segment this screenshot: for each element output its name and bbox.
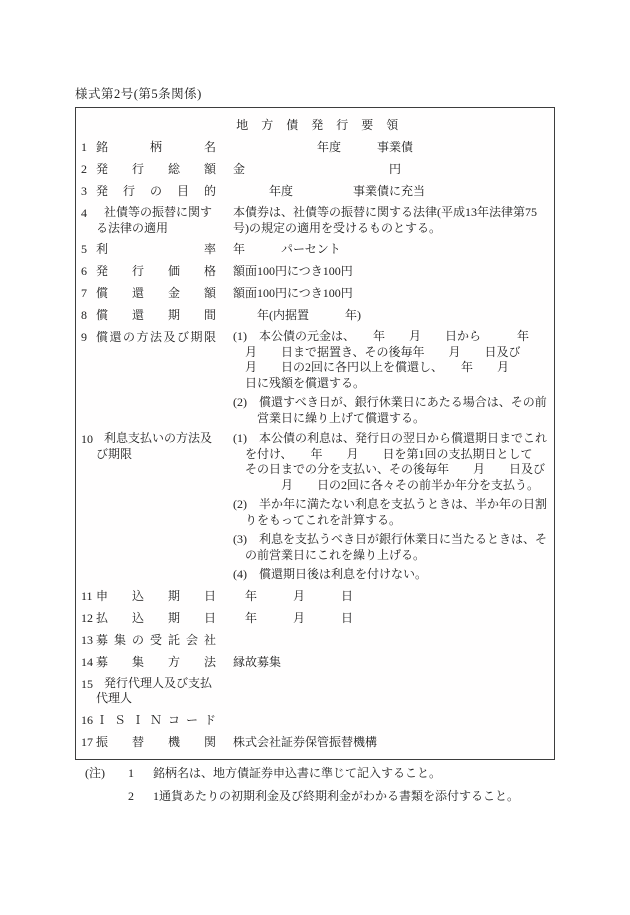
row-number: 4 <box>81 205 96 222</box>
document-title: 地 方 債 発 行 要 領 <box>81 117 554 134</box>
row-number: 15 <box>81 676 96 693</box>
row-label: 償還の方法及び期限 <box>96 329 216 346</box>
row-label: ＩＳＩＮコード <box>96 712 216 729</box>
paragraph-4: (4) 償還期日後は利息を付けない。 <box>233 567 549 583</box>
row-label: 償還金額 <box>96 285 216 302</box>
note-text: 1通貨あたりの初期利金及び終期利金がわかる書類を添付すること。 <box>153 788 519 805</box>
row-value: 年度 事業債に充当 <box>233 183 549 200</box>
paragraph-2: (2) 償還すべき日が、銀行休業日にあたる場合は、その前 営業日に繰り上げて償還… <box>233 395 549 426</box>
row-payment-date: 12 払込期日 年 月 日 <box>81 610 554 627</box>
row-number: 10 <box>81 431 96 448</box>
row-value-paragraphs: (1) 本公債の元金は、 年 月 日から 年 月 日まで据置き、その後毎年 月 … <box>233 329 549 426</box>
row-interest-payment: 10 利息支払いの方法及 び期限 (1) 本公債の利息は、発行日の翌日から償還期… <box>81 431 554 583</box>
row-label: 発行総額 <box>96 161 216 178</box>
footnote-2: 2 1通貨あたりの初期利金及び終期利金がわかる書類を添付すること。 <box>85 788 555 805</box>
paragraph-1: (1) 本公債の利息は、発行日の翌日から償還期日までこれ を付け、 年 月 日を… <box>233 431 549 493</box>
paragraph-1: (1) 本公債の元金は、 年 月 日から 年 月 日まで据置き、その後毎年 月 … <box>233 329 549 391</box>
row-interest-rate: 5 利率 年 パーセント <box>81 241 554 258</box>
row-label: 利息支払いの方法及 び期限 <box>96 431 216 462</box>
row-number: 13 <box>81 632 96 649</box>
row-value: 本債券は、社債等の振替に関する法律(平成13年法律第75 号)の規定の適用を受け… <box>233 205 549 236</box>
row-redemption-method: 9 償還の方法及び期限 (1) 本公債の元金は、 年 月 日から 年 月 日まで… <box>81 329 554 426</box>
row-label: 社債等の振替に関す る法律の適用 <box>96 205 216 236</box>
footnote-1: (注) 1 銘柄名は、地方債証券申込書に準じて記入すること。 <box>85 765 555 782</box>
note-marker-spacer <box>85 788 128 805</box>
row-redemption-amount: 7 償還金額 額面100円につき100円 <box>81 285 554 302</box>
row-value: 額面100円につき100円 <box>233 263 549 280</box>
row-issue-purpose: 3 発行の目的 年度 事業債に充当 <box>81 183 554 200</box>
row-label: 償還期間 <box>96 307 216 324</box>
note-text: 銘柄名は、地方債証券申込書に準じて記入すること。 <box>153 765 441 782</box>
row-number: 5 <box>81 241 96 258</box>
row-label: 募集方法 <box>96 654 216 671</box>
row-value: 年 パーセント <box>233 241 549 258</box>
row-value: 年 月 日 <box>233 610 549 627</box>
footnotes: (注) 1 銘柄名は、地方債証券申込書に準じて記入すること。 2 1通貨あたりの… <box>85 765 555 811</box>
row-number: 12 <box>81 610 96 627</box>
row-label: 発行価格 <box>96 263 216 280</box>
document-page: 様式第2号(第5条関係) 地 方 債 発 行 要 領 1 銘柄名 年度 事業債 … <box>0 0 630 915</box>
outline-table-border: 地 方 債 発 行 要 領 1 銘柄名 年度 事業債 2 発行総額 金 円 3 … <box>75 107 555 760</box>
row-number: 14 <box>81 654 96 671</box>
row-value: 金 円 <box>233 161 549 178</box>
row-number: 6 <box>81 263 96 280</box>
row-value: 株式会社証券保管振替機構 <box>233 734 549 751</box>
row-number: 7 <box>81 285 96 302</box>
row-isin-code: 16 ＩＳＩＮコード <box>81 712 554 729</box>
row-number: 8 <box>81 307 96 324</box>
row-value: 年度 事業債 <box>233 139 549 156</box>
row-number: 1 <box>81 139 96 156</box>
row-label: 振替機関 <box>96 734 216 751</box>
row-redemption-period: 8 償還期間 年(内据置 年) <box>81 307 554 324</box>
row-number: 9 <box>81 329 96 346</box>
row-label: 利率 <box>96 241 216 258</box>
row-value: 縁故募集 <box>233 654 549 671</box>
paragraph-3: (3) 利息を支払うべき日が銀行休業日に当たるときは、そ の前営業日にこれを繰り… <box>233 532 549 563</box>
row-number: 2 <box>81 161 96 178</box>
row-label: 募集の受託会社 <box>96 632 216 649</box>
row-number: 3 <box>81 183 96 200</box>
row-label: 発行代理人及び支払 代理人 <box>96 676 216 707</box>
row-trustee-company: 13 募集の受託会社 <box>81 632 554 649</box>
row-value-paragraphs: (1) 本公債の利息は、発行日の翌日から償還期日までこれ を付け、 年 月 日を… <box>233 431 549 583</box>
row-number: 17 <box>81 734 96 751</box>
row-bond-name: 1 銘柄名 年度 事業債 <box>81 139 554 156</box>
row-application-date: 11 申込期日 年 月 日 <box>81 588 554 605</box>
row-number: 16 <box>81 712 96 729</box>
row-transfer-law: 4 社債等の振替に関す る法律の適用 本債券は、社債等の振替に関する法律(平成1… <box>81 205 554 236</box>
row-value: 額面100円につき100円 <box>233 285 549 302</box>
paragraph-2: (2) 半か年に満たない利息を支払うときは、半か年の日割 りをもってこれを計算す… <box>233 497 549 528</box>
row-label: 払込期日 <box>96 610 216 627</box>
form-number-label: 様式第2号(第5条関係) <box>75 84 202 102</box>
row-label: 発行の目的 <box>96 183 216 200</box>
row-value: 年(内据置 年) <box>233 307 549 324</box>
row-transfer-institution: 17 振替機関 株式会社証券保管振替機構 <box>81 734 554 751</box>
row-value: 年 月 日 <box>233 588 549 605</box>
row-offering-method: 14 募集方法 縁故募集 <box>81 654 554 671</box>
row-issue-price: 6 発行価格 額面100円につき100円 <box>81 263 554 280</box>
row-label: 銘柄名 <box>96 139 216 156</box>
row-number: 11 <box>81 588 96 605</box>
row-issue-total: 2 発行総額 金 円 <box>81 161 554 178</box>
note-number: 2 <box>128 788 153 805</box>
note-marker: (注) <box>85 765 128 782</box>
row-label: 申込期日 <box>96 588 216 605</box>
row-agents: 15 発行代理人及び支払 代理人 <box>81 676 554 707</box>
note-number: 1 <box>128 765 153 782</box>
